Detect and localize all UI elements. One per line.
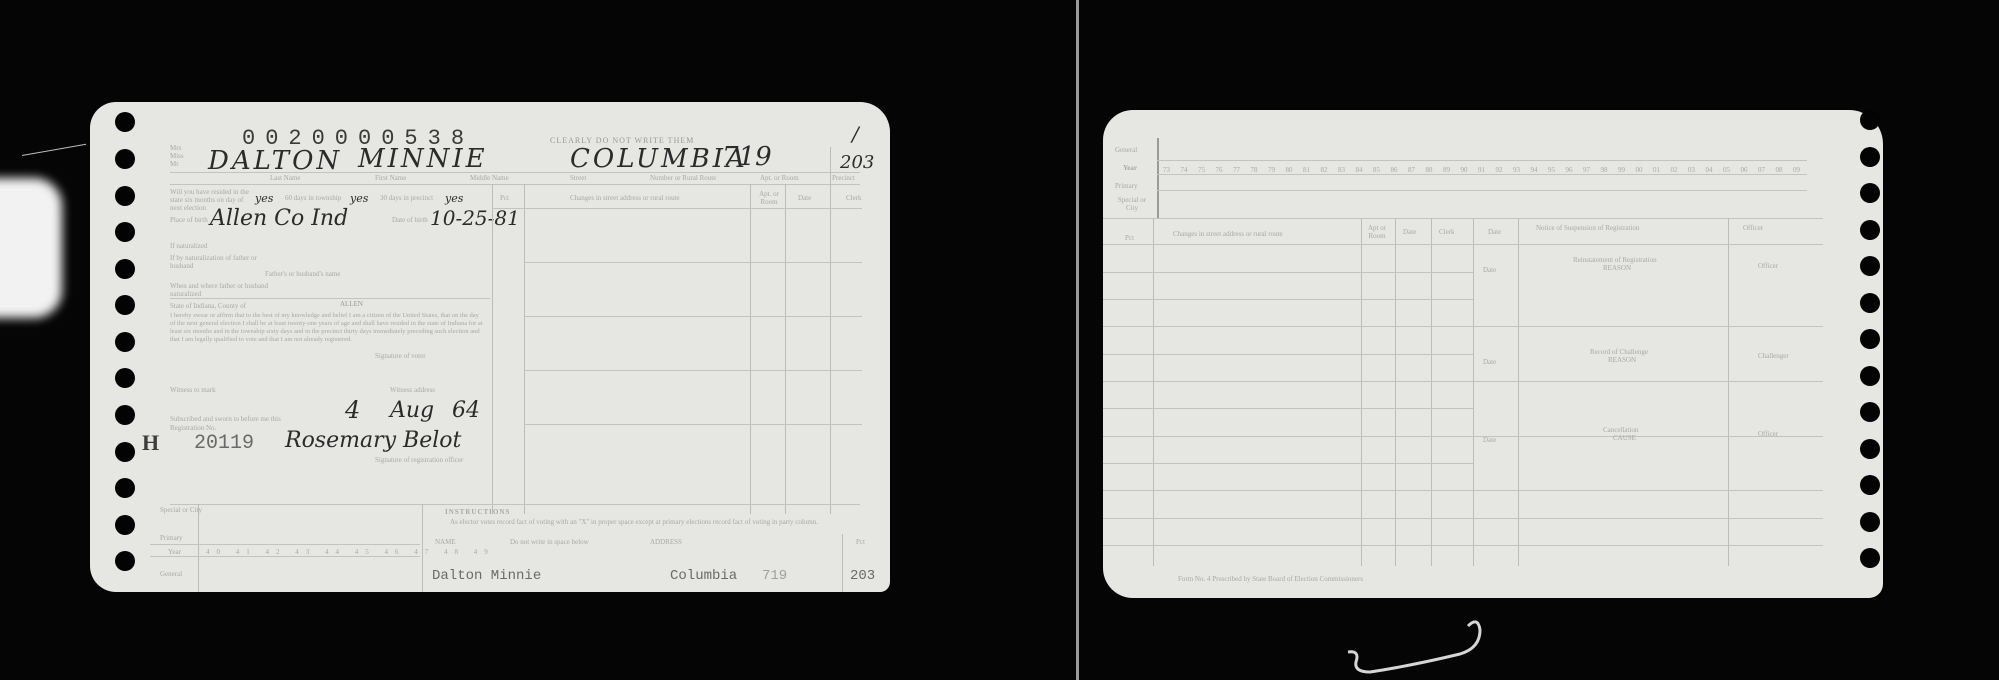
vote-row-special: Special or City (160, 506, 202, 514)
title-prefix-mrs: Mrs (170, 144, 181, 152)
year-cell: 02 (1671, 166, 1689, 174)
label-pct-bottom: Pct (856, 538, 865, 546)
rule (492, 184, 493, 514)
rule (1157, 138, 1159, 218)
loose-staple (1340, 610, 1500, 680)
year-cell: 83 (1338, 166, 1356, 174)
rule (1103, 326, 1823, 327)
label-street: Street (570, 174, 586, 182)
label-place-of-birth: Place of birth (170, 216, 208, 224)
rule (170, 172, 860, 173)
year-cell: 85 (1373, 166, 1391, 174)
rule (1103, 545, 1823, 546)
rule (422, 504, 423, 592)
punch-hole (1860, 183, 1880, 203)
section-challenge-title: Record of Challenge (1590, 348, 1648, 356)
punch-hole (115, 112, 135, 132)
vote-row-primary: Primary (160, 534, 183, 542)
rule (1103, 518, 1823, 519)
year-cell: 82 (1321, 166, 1339, 174)
registration-number: 20119 (194, 432, 254, 455)
county-value: ALLEN (340, 300, 363, 308)
punch-hole (115, 515, 135, 535)
label-apt-room: Apt. or Room (754, 190, 784, 206)
back-vote-row-year: Year (1123, 164, 1137, 172)
label-signature-officer: Signature of registration officer (375, 456, 463, 464)
back-label-date: Date (1403, 228, 1416, 236)
vote-year: 47 (414, 548, 435, 556)
back-vote-row-general: General (1115, 146, 1137, 154)
label-apt: Apt. or Room (760, 174, 799, 182)
section-reinstatement-date: Date (1483, 266, 1496, 274)
scan-frame-divider (1076, 0, 1079, 680)
typed-precinct: 203 (850, 568, 875, 584)
vote-year: 49 (474, 548, 495, 556)
check-mark: / (852, 122, 859, 146)
rule (1103, 381, 1823, 382)
label-precinct: Precinct (832, 174, 855, 182)
vote-row-year: Year (168, 548, 181, 556)
year-cell: 73 (1163, 166, 1181, 174)
section-challenge-subtitle: REASON (1608, 356, 1636, 364)
label-pct: Pct (500, 194, 509, 202)
vote-year: 46 (385, 548, 406, 556)
place-of-birth-value: Allen Co Ind (210, 206, 348, 231)
rule (830, 184, 831, 514)
punch-hole (1860, 110, 1880, 130)
vote-year: 44 (325, 548, 346, 556)
rule (785, 184, 786, 514)
rule (1103, 490, 1823, 491)
punch-hole (115, 259, 135, 279)
punch-hole (1860, 512, 1880, 532)
sworn-day: 4 (345, 396, 360, 424)
year-cell: 80 (1286, 166, 1304, 174)
sworn-year: 64 (452, 398, 480, 423)
rule (1518, 218, 1519, 566)
vote-year: 45 (355, 548, 376, 556)
punch-hole (1860, 220, 1880, 240)
rule (524, 424, 862, 425)
label-father-husband: If by naturalization of father or husban… (170, 254, 260, 270)
rule (1157, 190, 1807, 191)
rule (524, 184, 525, 514)
rule (492, 208, 862, 209)
back-label-date2: Date (1488, 228, 1501, 236)
year-cell: 99 (1618, 166, 1636, 174)
year-cell: 01 (1653, 166, 1671, 174)
residency-answer-township: yes (350, 192, 368, 205)
punch-hole (1860, 548, 1880, 568)
year-cell: 84 (1356, 166, 1374, 174)
rule (842, 534, 843, 592)
punch-hole (115, 478, 135, 498)
vote-row-general: General (160, 570, 182, 578)
year-cell: 95 (1548, 166, 1566, 174)
residency-answer-precinct: yes (445, 192, 463, 205)
label-witness-address: Witness address (390, 386, 435, 394)
rule (170, 298, 490, 299)
label-father-husband-name: Father's or husband's name (265, 270, 340, 278)
year-cell: 93 (1513, 166, 1531, 174)
label-naturalized: If naturalized (170, 242, 208, 250)
date-of-birth-value: 10-25-81 (430, 206, 520, 230)
label-number: Number or Rural Route (650, 174, 716, 182)
punch-hole (1860, 475, 1880, 495)
instructions-text: As elector votes record fact of voting w… (450, 518, 870, 526)
label-date-of-birth: Date of birth (392, 216, 428, 224)
vote-year: 48 (444, 548, 465, 556)
year-cell: 05 (1723, 166, 1741, 174)
typed-name: Dalton Minnie (432, 568, 541, 584)
punch-hole (1860, 366, 1880, 386)
year-cell: 75 (1198, 166, 1216, 174)
rule (1103, 436, 1823, 437)
title-prefix-mr: Mr (170, 160, 179, 168)
rule (170, 184, 860, 185)
vote-year: 41 (236, 548, 257, 556)
year-cell: 87 (1408, 166, 1426, 174)
rule (1103, 299, 1473, 300)
label-first-name: First Name (375, 174, 406, 182)
rule (1157, 174, 1807, 175)
section-reinstatement-officer: Officer (1758, 262, 1778, 270)
label-last-name: Last Name (270, 174, 301, 182)
rule (1431, 218, 1432, 566)
label-precinct-question: 30 days in precinct (380, 194, 433, 202)
year-cell: 04 (1706, 166, 1724, 174)
sworn-month: Aug (390, 398, 434, 423)
rule (1103, 272, 1473, 273)
rule (1103, 218, 1823, 219)
officer-signature: Rosemary Belot (285, 428, 461, 453)
rule (170, 504, 860, 505)
year-cell: 92 (1496, 166, 1514, 174)
back-label-apt: Apt or Room (1365, 224, 1389, 240)
vote-year: 40 (206, 548, 227, 556)
label-signature-voter: Signature of voter (375, 352, 426, 360)
rule (150, 556, 420, 557)
back-label-clerk: Clerk (1439, 228, 1455, 236)
rule (1395, 218, 1396, 566)
rule (1728, 218, 1729, 566)
label-address: ADDRESS (650, 538, 682, 546)
registration-card-front: 0020000538 CLEARLY DO NOT WRITE THEM / M… (90, 102, 890, 592)
registration-prefix: H (142, 430, 159, 456)
rule (1157, 160, 1807, 161)
vote-year: 43 (295, 548, 316, 556)
label-witness: Witness to mark (170, 386, 216, 394)
film-scratch (22, 144, 86, 156)
punch-hole (1860, 147, 1880, 167)
rule (830, 147, 831, 187)
label-when-where: When and where father or husband natural… (170, 282, 270, 298)
year-cell: 91 (1478, 166, 1496, 174)
instructions-title: INSTRUCTIONS (445, 508, 510, 516)
section-cancellation-title: Cancellation (1603, 426, 1638, 434)
section-challenge-challenger: Challenger (1758, 352, 1789, 360)
first-name-value: MINNIE (358, 144, 488, 174)
punch-hole (115, 149, 135, 169)
registration-card-back: General Year Primary Special or City 73 … (1103, 110, 1883, 598)
year-cell: 00 (1636, 166, 1654, 174)
form-footer: Form No. 4 Prescribed by State Board of … (1178, 575, 1363, 583)
label-changes: Changes in street address or rural route (570, 194, 680, 202)
year-cell: 90 (1461, 166, 1479, 174)
title-prefix-miss: Miss (170, 152, 184, 160)
section-challenge-date: Date (1483, 358, 1496, 366)
section-cancellation-date: Date (1483, 436, 1496, 444)
year-cell: 08 (1776, 166, 1794, 174)
label-clerk: Clerk (846, 194, 862, 202)
year-cell: 06 (1741, 166, 1759, 174)
year-cell: 89 (1443, 166, 1461, 174)
vote-years: 40 41 42 43 44 45 46 47 48 49 (206, 548, 495, 556)
year-cell: 09 (1793, 166, 1811, 174)
rule (198, 504, 199, 592)
rule (1103, 463, 1473, 464)
back-vote-row-special: Special or City (1117, 196, 1147, 212)
punch-hole (115, 442, 135, 462)
typed-number: 719 (762, 568, 787, 584)
punch-hole (115, 405, 135, 425)
residency-answer-state: yes (255, 192, 273, 205)
year-cell: 97 (1583, 166, 1601, 174)
punch-hole (115, 368, 135, 388)
light-glare (0, 178, 62, 318)
punch-hole (115, 186, 135, 206)
oath-text: I hereby swear or affirm that to the bes… (170, 312, 485, 344)
punch-hole (1860, 329, 1880, 349)
back-label-changes: Changes in street address or rural route (1173, 230, 1283, 238)
rule (1103, 408, 1473, 409)
house-number-value: 719 (722, 142, 772, 172)
section-reinstatement-subtitle: REASON (1603, 264, 1631, 272)
rule (1473, 218, 1474, 566)
section-cancellation-subtitle: CAUSE (1613, 434, 1636, 442)
rule (1361, 218, 1362, 566)
rule (1103, 244, 1823, 245)
back-label-officer: Officer (1743, 224, 1763, 232)
punch-hole (115, 222, 135, 242)
back-year-row: 73 74 75 76 77 78 79 80 81 82 83 84 85 8… (1163, 166, 1811, 174)
section-reinstatement-title: Reinstatement of Registration (1573, 256, 1657, 264)
punch-hole (115, 295, 135, 315)
punch-hole (1860, 402, 1880, 422)
year-cell: 98 (1601, 166, 1619, 174)
back-label-pct: Pct (1125, 234, 1134, 242)
year-cell: 81 (1303, 166, 1321, 174)
year-cell: 79 (1268, 166, 1286, 174)
rule (750, 184, 751, 514)
rule (150, 544, 420, 545)
year-cell: 88 (1426, 166, 1444, 174)
rule (524, 370, 862, 371)
precinct-value: 203 (840, 152, 874, 173)
year-cell: 76 (1216, 166, 1234, 174)
rule (524, 262, 862, 263)
rule (524, 316, 862, 317)
rule (1153, 218, 1154, 566)
back-label-suspension: Notice of Suspension of Registration (1536, 224, 1639, 232)
label-subscribed: Subscribed and sworn to before me this (170, 415, 281, 423)
year-cell: 07 (1758, 166, 1776, 174)
rule (1103, 354, 1473, 355)
year-cell: 74 (1181, 166, 1199, 174)
label-date: Date (798, 194, 811, 202)
label-name: NAME (435, 538, 456, 546)
year-cell: 86 (1391, 166, 1409, 174)
year-cell: 78 (1251, 166, 1269, 174)
punch-hole (1860, 293, 1880, 313)
punch-hole (1860, 256, 1880, 276)
punch-hole (115, 332, 135, 352)
year-cell: 77 (1233, 166, 1251, 174)
year-cell: 96 (1566, 166, 1584, 174)
typed-address: Columbia (670, 568, 737, 584)
year-cell: 94 (1531, 166, 1549, 174)
label-registration-no: Registration No. (170, 424, 216, 432)
label-middle-name: Middle Name (470, 174, 509, 182)
section-cancellation-officer: Officer (1758, 430, 1778, 438)
vote-year: 42 (266, 548, 287, 556)
back-vote-row-primary: Primary (1115, 182, 1138, 190)
label-township-question: 60 days in township (285, 194, 341, 202)
year-cell: 03 (1688, 166, 1706, 174)
label-state-county: State of Indiana, County of (170, 302, 246, 310)
punch-hole (1860, 439, 1880, 459)
label-do-not-write: Do not write in space below (510, 538, 589, 546)
punch-hole (115, 551, 135, 571)
